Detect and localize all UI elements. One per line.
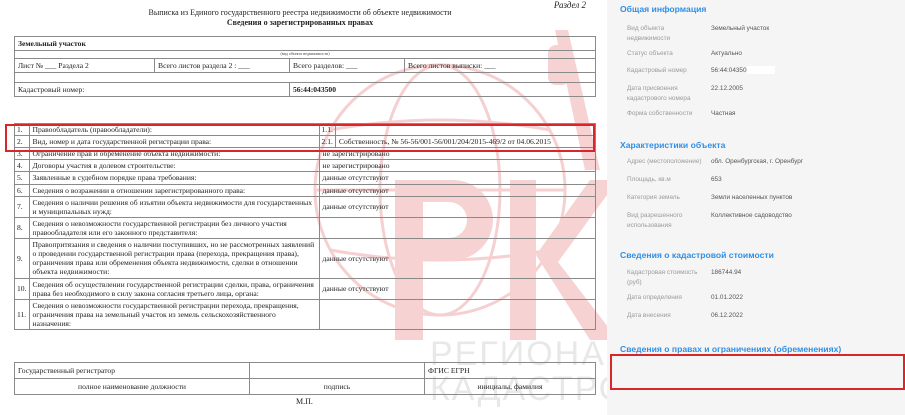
cadastral-number-value: 56:44:04350 — [711, 67, 747, 74]
table-row: 6. Сведения о возражении в отношении зар… — [15, 184, 596, 196]
redaction-mask — [747, 66, 775, 74]
section-characteristics-title: Характеристики объекта — [620, 140, 725, 150]
caption-signature: подпись — [250, 379, 425, 395]
document-title: Выписка из Единого государственного реес… — [0, 8, 600, 17]
egrn-extract-document: Раздел 2 Выписка из Единого государствен… — [0, 0, 600, 415]
header-table: Земельный участок (вид объекта недвижимо… — [14, 36, 596, 97]
object-info-panel: Общая информация Вид объекта недвижимост… — [607, 0, 905, 415]
total-sections: Всего разделов: ___ — [290, 59, 405, 73]
object-type: Земельный участок — [15, 37, 596, 51]
caption-name: инициалы, фамилия — [425, 379, 596, 395]
highlight-box-panel — [610, 354, 905, 390]
caption-position: полное наименование должности — [15, 379, 250, 395]
sheet-number: Лист № ___ Раздела 2 — [15, 59, 155, 73]
object-type-caption: (вид объекта недвижимости) — [15, 51, 596, 59]
registrar-position: Государственный регистратор — [15, 363, 250, 379]
table-row: 5. Заявленные в судебном порядке права т… — [15, 172, 596, 184]
section-general-title: Общая информация — [620, 4, 706, 14]
signature-table: Государственный регистратор ФГИС ЕГРН по… — [14, 362, 596, 395]
cadastral-value: 56:44:043500 — [290, 83, 596, 97]
sheets-in-section: Всего листов раздела 2 : ___ — [155, 59, 290, 73]
section-rights-title: Сведения о правах и ограничениях (обреме… — [620, 344, 841, 354]
section-cost-title: Сведения о кадастровой стоимости — [620, 250, 774, 260]
table-row: 10. Сведения об осуществлении государств… — [15, 278, 596, 299]
registrar-signature — [250, 363, 425, 379]
stamp-place: М.П. — [296, 397, 313, 406]
document-subtitle: Сведения о зарегистрированных правах — [0, 18, 600, 27]
cadastral-label: Кадастровый номер: — [15, 83, 290, 97]
blank-row — [15, 73, 596, 83]
total-sheets: Всего листов выписки: ___ — [405, 59, 596, 73]
table-row: 11. Сведения о невозможности государстве… — [15, 299, 596, 329]
table-row: 7. Сведения о наличии решения об изъятии… — [15, 196, 596, 217]
registrar-name: ФГИС ЕГРН — [425, 363, 596, 379]
rights-table: 1. Правообладатель (правообладатели): 1.… — [14, 123, 596, 330]
table-row: 4. Договоры участия в долевом строительс… — [15, 160, 596, 172]
highlight-box-document — [5, 124, 595, 152]
table-row: 9. Правопритязания и сведения о наличии … — [15, 239, 596, 278]
table-row: 8. Сведения о невозможности государствен… — [15, 217, 596, 238]
